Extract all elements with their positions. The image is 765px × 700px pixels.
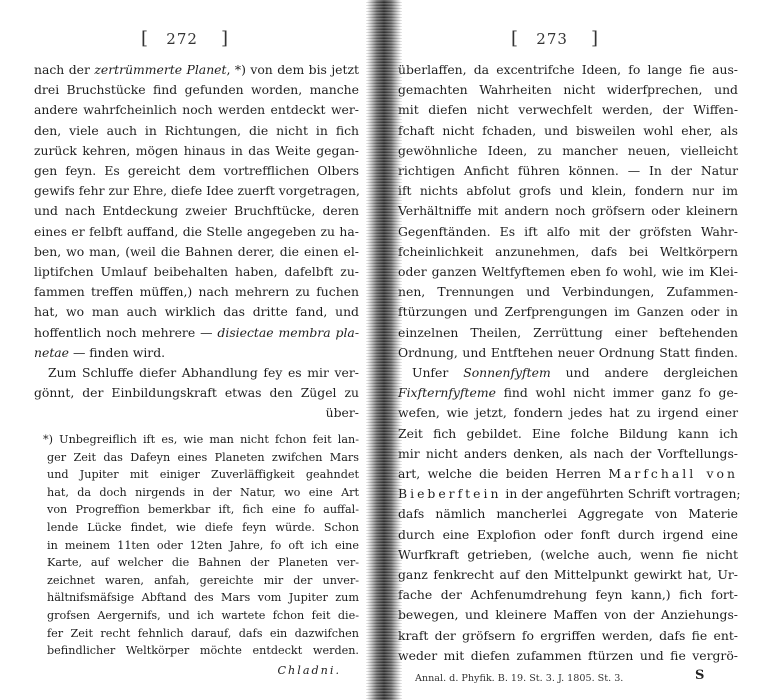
text-line: gemachten Wahrheiten nicht widerfprechen… [398, 80, 738, 100]
footnote-line: lende Lücke findet, wie diefe feyn würde… [47, 519, 359, 537]
page-number-text: 272 [166, 30, 198, 48]
footnote-signature: Chladni. [47, 662, 359, 680]
text-line: und nach Entdeckung zweier Bruchftücke, … [34, 201, 359, 221]
text-line: Unfer Sonnenfyftem und andere dergleiche… [398, 363, 738, 383]
text-line: richtigen Anficht führen können. — In de… [398, 161, 738, 181]
book-spread: [ 272 ] nach der zertrümmerte Planet, *)… [0, 0, 765, 700]
text-line: bewegen, und kleinere Maffen von der Anz… [398, 605, 738, 625]
text-line: ganz fenkrecht auf den Mittelpunkt gewir… [398, 565, 738, 585]
signature-mark: S [695, 668, 704, 683]
text-line: mit diefen nicht verwechfelt werden, der… [398, 100, 738, 120]
text-line: oder ganzen Weltfyftemen eben fo wohl, w… [398, 262, 738, 282]
footnote-line: in meinem 11ten oder 12ten Jahre, fo oft… [47, 537, 359, 555]
text-line: einzelnen Theilen, Zerrüttung einer beft… [398, 323, 738, 343]
footnote-line: hältnifsmäfsige Abftand des Mars vom Jup… [47, 589, 359, 607]
text-line: Gegenftänden. Es ift alfo mit der gröfst… [398, 222, 738, 242]
footnote-line: und Jupiter mit einiger Zuverläffigkeit … [47, 466, 359, 484]
text-line: gönnt, der Einbildungskraft etwas den Zü… [34, 383, 359, 403]
footnote-line: ger Zeit das Dafeyn eines Planeten zwifc… [47, 449, 359, 467]
text-line: Zeit fich gebildet. Eine folche Bildung … [398, 424, 738, 444]
footnote-line: fer Zeit recht fehnlich darauf, dafs ein… [47, 625, 359, 643]
text-line: fcheinlichkeit anzunehmen, dafs bei Welt… [398, 242, 738, 262]
text-line: kraft der gröfsern fo ergriffen werden, … [398, 626, 738, 646]
text-line: art, welche die beiden Herren Marfchall … [398, 464, 738, 484]
body-text-left: nach der zertrümmerte Planet, *) von dem… [34, 60, 359, 424]
signature-line: Annal. d. Phyfik. B. 19. St. 3. J. 1805.… [415, 673, 623, 684]
text-line: Wurfkraft getrieben, (welche auch, wenn … [398, 545, 738, 565]
text-line: Ordnung, und Entftehen neuer Ordnung Sta… [398, 343, 738, 363]
text-line: gewifs fehr zur Ehre, diefe Idee zuerft … [34, 181, 359, 201]
text-line: hat, wo man auch wirklich das dritte fan… [34, 302, 359, 322]
footnote: *) Unbegreiflich ift es, wie man nicht f… [47, 431, 359, 679]
body-text-right: überlaffen, da excentrifche Ideen, fo la… [398, 60, 738, 666]
page-number-right: [ 273 ] [385, 28, 725, 49]
text-line: nen, Trennungen und Verbindungen, Zufamm… [398, 282, 738, 302]
text-line: ftürzungen und Zerfprengungen im Ganzen … [398, 302, 738, 322]
text-line: fchaft nicht fchaden, und bisweilen wohl… [398, 121, 738, 141]
text-line: eines er felbft auffand, die Stelle ange… [34, 222, 359, 242]
text-line: ben, wo man, (weil die Bahnen derer, die… [34, 242, 359, 262]
text-line: nach der zertrümmerte Planet, *) von dem… [34, 60, 359, 80]
text-line: andere wahrfcheinlich noch werden entdec… [34, 100, 359, 120]
footnote-line: Karte, auf welcher die Bahnen der Planet… [47, 554, 359, 572]
page-number-left: [ 272 ] [20, 28, 350, 49]
left-page: [ 272 ] nach der zertrümmerte Planet, *)… [0, 0, 370, 700]
text-line: zurück kehren, mögen hinaus in das Weite… [34, 141, 359, 161]
text-line: hoffentlich noch mehrere — disiectae mem… [34, 323, 359, 343]
text-line: dafs nämlich mancherlei Aggregate von Ma… [398, 504, 738, 524]
catchword: über- [34, 403, 359, 423]
text-line: Fixfternfyfteme find wohl nicht immer ga… [398, 383, 738, 403]
footnote-line: zeichnet waren, anfah, gereichte mir der… [47, 572, 359, 590]
footnote-line: *) Unbegreiflich ift es, wie man nicht f… [43, 431, 359, 449]
text-line: durch eine Explofion oder fonft durch ir… [398, 525, 738, 545]
page-number-text: 273 [536, 30, 568, 48]
text-line: mir nicht anders denken, als nach der Vo… [398, 444, 738, 464]
text-line: drei Bruchstücke find gefunden worden, m… [34, 80, 359, 100]
text-line: gen feyn. Es gereicht dem vortrefflichen… [34, 161, 359, 181]
text-line: fammen treffen müffen,) nach mehrern zu … [34, 282, 359, 302]
text-line: den, viele auch in Richtungen, die nicht… [34, 121, 359, 141]
right-page: [ 273 ] überlaffen, da excentrifche Idee… [395, 0, 765, 700]
text-line: ift nichts abfolut grofs und klein, fond… [398, 181, 738, 201]
text-line: Verhältniffe mit andern noch gröfsern od… [398, 201, 738, 221]
text-line: fache der Achfenumdrehung feyn kann,) fi… [398, 585, 738, 605]
text-line: Zum Schluffe diefer Abhandlung fey es mi… [34, 363, 359, 383]
footnote-line: befindlicher Weltkörper möchte entdeckt … [47, 642, 359, 660]
footnote-line: hat, da doch nirgends in der Natur, wo e… [47, 484, 359, 502]
footnote-line: grofsen Aergernifs, und ich wartete fcho… [47, 607, 359, 625]
text-line: wefen, wie jetzt, fondern jedes hat zu i… [398, 403, 738, 423]
text-line: Bieberftein in der angeführten Schrift v… [398, 484, 738, 504]
text-line: überlaffen, da excentrifche Ideen, fo la… [398, 60, 738, 80]
footnote-line: von Progreffion bemerkbar ift, fich eine… [47, 501, 359, 519]
text-line: gewöhnliche Ideen, zu mancher neuen, vie… [398, 141, 738, 161]
text-line: netae — finden wird. [34, 343, 359, 363]
text-line: liptifchen Umlauf beibehalten haben, daf… [34, 262, 359, 282]
text-line: weder mit diefen zufammen ftürzen und fi… [398, 646, 738, 666]
